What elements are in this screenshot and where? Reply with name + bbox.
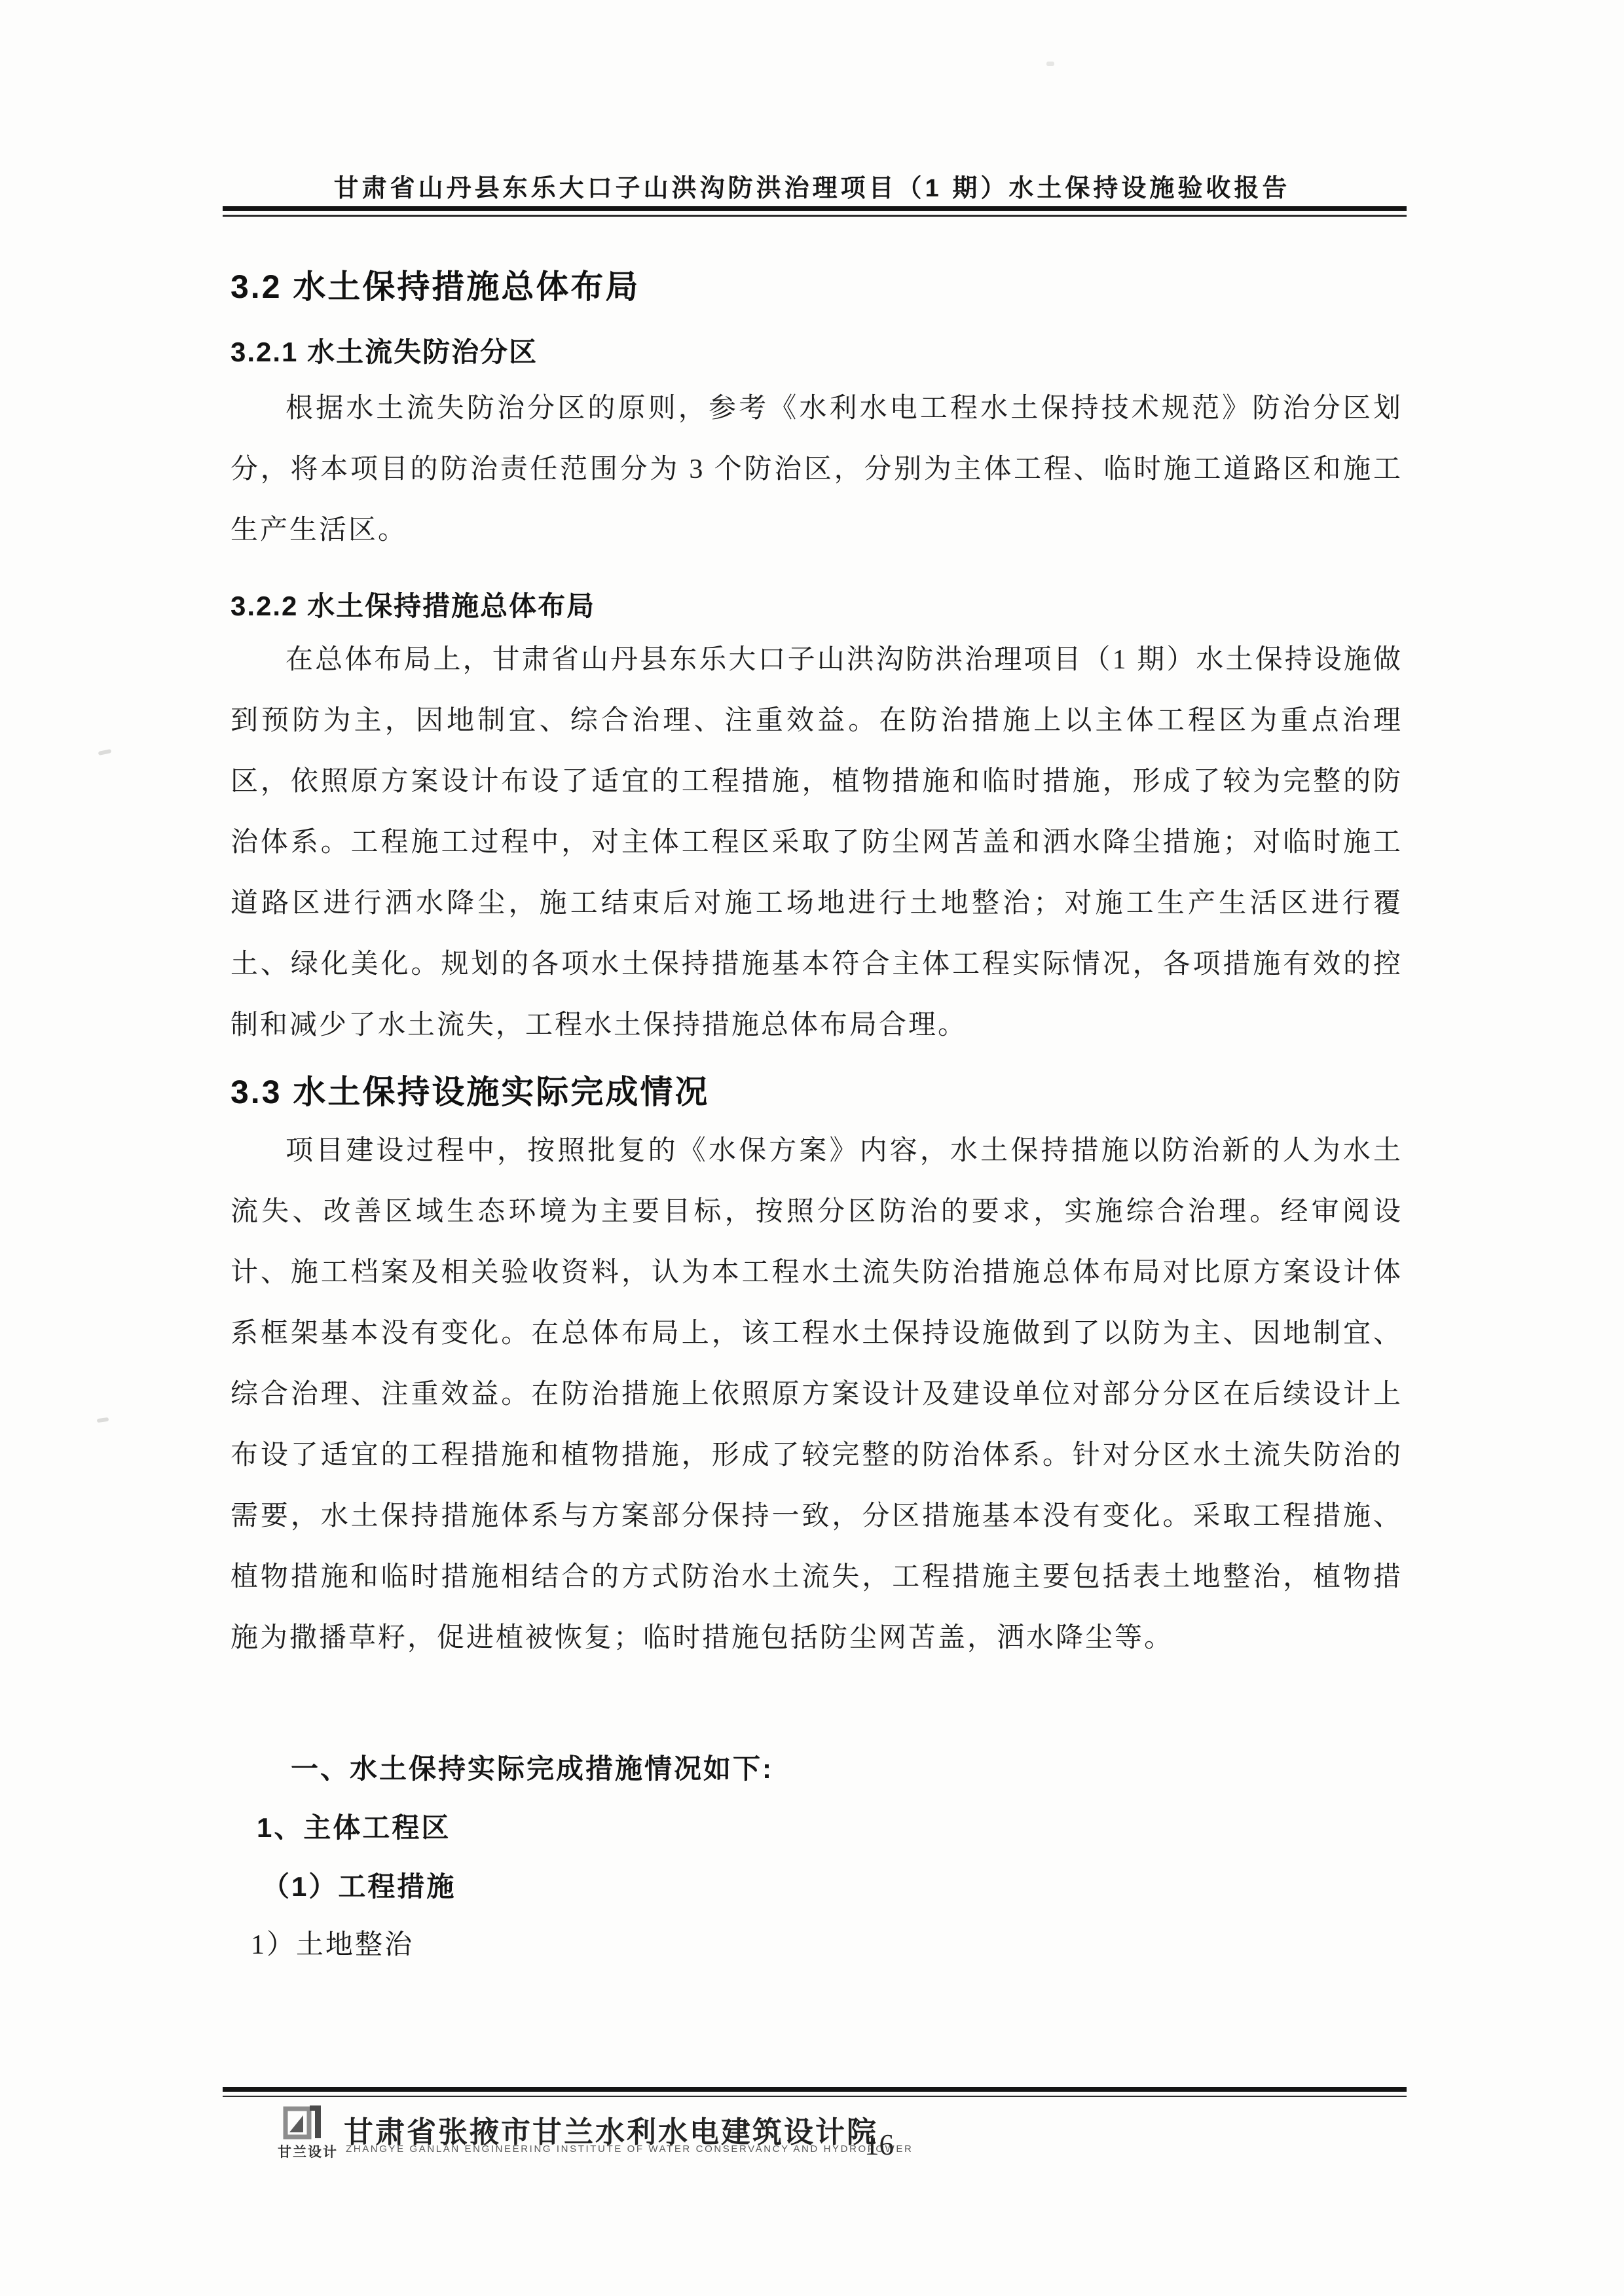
section-heading-3-3: 3.3 水土保持设施实际完成情况 — [231, 1066, 709, 1113]
footer-rule-thin — [223, 2096, 1407, 2097]
list-item-main-project-area: 1、主体工程区 — [257, 1797, 451, 1858]
section-heading-3-2-1: 3.2.1 水土流失防治分区 — [231, 331, 538, 370]
paragraph-3-2-2: 在总体布局上，甘肃省山丹县东乐大口子山洪沟防洪治理项目（1 期）水土保持设施做到… — [231, 630, 1403, 1056]
list-item-land-remediation: 1）土地整治 — [251, 1915, 414, 1976]
section-heading-3-2: 3.2 水土保持措施总体布局 — [231, 261, 640, 308]
section-heading-3-2-2: 3.2.2 水土保持措施总体布局 — [231, 585, 595, 624]
paragraph-3-2-1: 根据水土流失防治分区的原则，参考《水利水电工程水土保持技术规范》防治分区划分，将… — [231, 378, 1403, 561]
institute-name-en: ZHANGYE GANLAN ENGINEERING INSTITUTE OF … — [346, 2143, 913, 2155]
scan-artifact — [97, 1417, 109, 1423]
header-rule-thick — [223, 206, 1407, 211]
page-number: 16 — [864, 2128, 894, 2162]
running-header-title: 甘肃省山丹县东乐大口子山洪沟防洪治理项目（1 期）水土保持设施验收报告 — [0, 168, 1624, 204]
list-intro: 一、水土保持实际完成措施情况如下: — [291, 1738, 773, 1799]
scan-artifact — [1046, 62, 1054, 66]
report-page: 甘肃省山丹县东乐大口子山洪沟防洪治理项目（1 期）水土保持设施验收报告 3.2 … — [0, 0, 1624, 2296]
scan-artifact — [98, 749, 112, 756]
logo-caption: 甘兰设计 — [278, 2141, 338, 2161]
footer-rule-thick — [223, 2087, 1407, 2092]
paragraph-3-3: 项目建设过程中，按照批复的《水保方案》内容，水土保持措施以防治新的人为水土流失、… — [231, 1121, 1403, 1669]
header-rule-thin — [223, 215, 1407, 217]
ganlan-logo-icon — [283, 2104, 325, 2141]
list-item-engineering-measures: （1）工程措施 — [262, 1856, 456, 1917]
